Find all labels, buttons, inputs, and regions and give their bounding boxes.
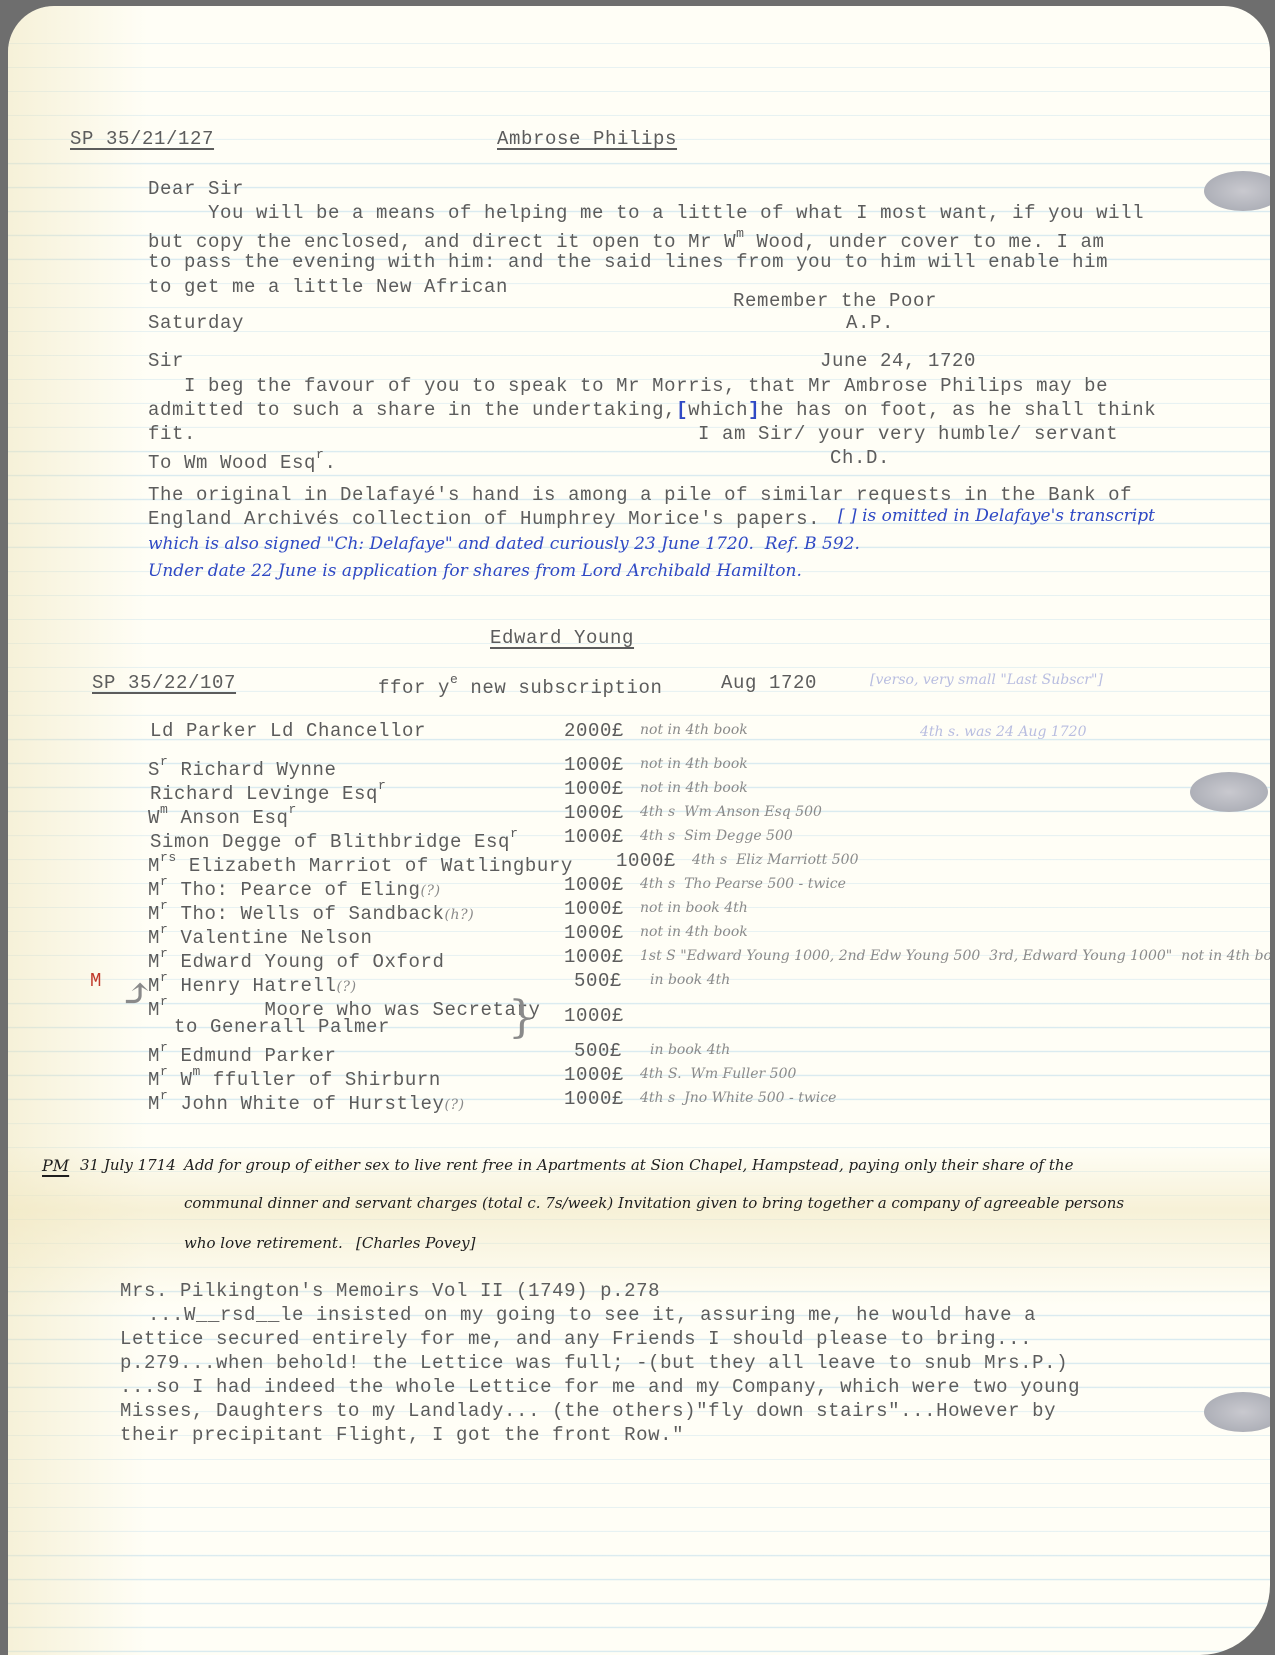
letter-line: to get me a little New African <box>148 276 508 298</box>
letter-line: but copy the enclosed, and direct it ope… <box>148 226 1105 253</box>
quote-line: p.279...when behold! the Lettice was ful… <box>120 1352 1068 1374</box>
notebook-page: SP 35/21/127 Ambrose Philips Dear Sir Yo… <box>8 6 1270 1655</box>
subscription-amount: 1000£ <box>564 898 624 920</box>
subscriber-name: Mr John White of Hurstley(?) <box>148 1088 465 1115</box>
handwritten-annotation: 4th s Wm Anson Esq 500 <box>640 804 822 820</box>
binder-hole <box>1204 1392 1270 1432</box>
handwritten-annotation: 4th s Eliz Marriott 500 <box>692 852 858 868</box>
letter-salutation: Dear Sir <box>148 178 244 200</box>
letter-day: Saturday <box>148 312 244 334</box>
subscription-amount: 1000£ <box>564 826 624 848</box>
handwritten-annotation: 1st S "Edward Young 1000, 2nd Edw Young … <box>640 948 1270 964</box>
handwritten-note: communal dinner and servant charges (tot… <box>184 1194 1124 1212</box>
document-reference: SP 35/22/107 <box>92 672 236 694</box>
handwritten-annotation: not in book 4th <box>640 900 748 916</box>
quote-line: ...so I had indeed the whole Lettice for… <box>120 1376 1080 1398</box>
subscriber-name: Mr Henry Hatrell(?) <box>148 970 357 997</box>
handwritten-annotation: not in 4th book <box>640 756 748 772</box>
quote-title: Mrs. Pilkington's Memoirs Vol II (1749) … <box>120 1280 660 1302</box>
quote-line: Misses, Daughters to my Landlady... (the… <box>120 1400 1056 1422</box>
subscriber-name: Mrs Elizabeth Marriot of Watlingbury <box>148 850 573 877</box>
note-reference: PM <box>42 1156 69 1175</box>
arrow-icon: ⤴ <box>120 971 154 1017</box>
handwritten-note: [verso, very small "Last Subscr"] <box>870 672 1103 688</box>
subscription-amount: 1000£ <box>564 1088 624 1110</box>
binder-hole <box>1190 772 1268 812</box>
handwritten-note: Add for group of either sex to live rent… <box>184 1156 1073 1174</box>
handwritten-annotation: 4th s Sim Degge 500 <box>640 828 793 844</box>
handwritten-annotation: not in 4th book <box>640 722 748 738</box>
handwritten-note: [ ] is omitted in Delafaye's transcript <box>838 506 1155 526</box>
letter-line: I beg the favour of you to speak to Mr M… <box>184 375 1108 397</box>
subscriber-name: Sr Richard Wynne <box>148 754 336 781</box>
quote-line: Lettice secured entirely for me, and any… <box>120 1328 1032 1350</box>
handwritten-annotation: 4th s Jno White 500 - twice <box>640 1090 836 1106</box>
subscription-amount: 1000£ <box>564 946 624 968</box>
subscriber-name: Mr Tho: Pearce of Eling(?) <box>148 874 441 901</box>
note-attribution: [Charles Povey] <box>356 1234 475 1252</box>
brace-mark: } <box>508 992 536 1043</box>
subscription-amount: 1000£ <box>564 1064 624 1086</box>
handwritten-note: who love retirement. <box>184 1234 343 1252</box>
margin-mark: M <box>90 970 102 992</box>
subscription-amount: 1000£ <box>564 922 624 944</box>
subscription-amount: 500£ <box>574 970 622 992</box>
handwritten-note: 4th s. was 24 Aug 1720 <box>920 724 1086 740</box>
subscriber-name: Mr Edmund Parker <box>148 1040 336 1067</box>
quote-line: ...W__rsd__le insisted on my going to se… <box>148 1304 1036 1326</box>
subscription-amount: 1000£ <box>616 850 676 872</box>
subscriber-name: Simon Degge of Blithbridge Esqr <box>150 826 518 853</box>
note-date: 31 July 1714 <box>80 1156 176 1174</box>
subscription-amount: 1000£ <box>564 1005 624 1027</box>
letter-salutation: Sir <box>148 350 184 372</box>
subscriber-name: Ld Parker Ld Chancellor <box>150 720 426 742</box>
letter-line: fit. <box>148 423 196 445</box>
list-date: Aug 1720 <box>721 672 817 694</box>
document-reference: SP 35/21/127 <box>70 128 214 150</box>
subscription-amount: 1000£ <box>564 802 624 824</box>
binder-hole <box>1204 171 1270 211</box>
letter-line: You will be a means of helping me to a l… <box>208 202 1144 224</box>
subscriber-name: Wm Anson Esqr <box>148 802 297 829</box>
letter-signature: Ch.D. <box>830 447 890 469</box>
subscription-amount: 500£ <box>574 1040 622 1062</box>
letter-addressee: To Wm Wood Esqr. <box>148 447 336 474</box>
handwritten-annotation: not in 4th book <box>640 780 748 796</box>
handwritten-note: which is also signed "Ch: Delafaye" and … <box>148 534 860 554</box>
note-line: England Archivés collection of Humphrey … <box>148 508 820 530</box>
subscription-amount: 1000£ <box>564 754 624 776</box>
letter-date: June 24, 1720 <box>820 350 976 372</box>
subscriber-name: Richard Levinge Esqr <box>150 778 386 805</box>
subscription-amount: 1000£ <box>564 778 624 800</box>
note-line: The original in Delafayé's hand is among… <box>148 484 1132 506</box>
subscription-amount: 1000£ <box>564 874 624 896</box>
subscriber-name: Mr Wm ffuller of Shirburn <box>148 1064 441 1091</box>
handwritten-annotation: 4th S. Wm Fuller 500 <box>640 1066 796 1082</box>
letter-line: admitted to such a share in the undertak… <box>148 399 1156 421</box>
quote-line: their precipitant Flight, I got the fron… <box>120 1424 684 1446</box>
subscriber-name: Mr Tho: Wells of Sandback(h?) <box>148 898 474 925</box>
subscription-amount: 2000£ <box>564 720 624 742</box>
subscriber-name: to Generall Palmer <box>174 1016 390 1038</box>
handwritten-annotation: 4th s Tho Pearse 500 - twice <box>640 876 846 892</box>
letter-signature: A.P. <box>846 312 894 334</box>
letter-closing: I am Sir/ your very humble/ servant <box>698 423 1118 445</box>
list-title: ffor ye new subscription <box>378 672 662 699</box>
subscriber-name: Mr Edward Young of Oxford <box>148 946 444 973</box>
section-heading: Ambrose Philips <box>497 128 677 150</box>
handwritten-annotation: in book 4th <box>650 1042 730 1058</box>
subscriber-name: Mr Valentine Nelson <box>148 922 372 949</box>
letter-postscript: Remember the Poor <box>733 290 937 312</box>
handwritten-note: Under date 22 June is application for sh… <box>148 561 802 581</box>
letter-line: to pass the evening with him: and the sa… <box>148 251 1108 273</box>
handwritten-annotation: in book 4th <box>650 972 730 988</box>
handwritten-annotation: not in 4th book <box>640 924 748 940</box>
section-heading: Edward Young <box>490 627 634 649</box>
